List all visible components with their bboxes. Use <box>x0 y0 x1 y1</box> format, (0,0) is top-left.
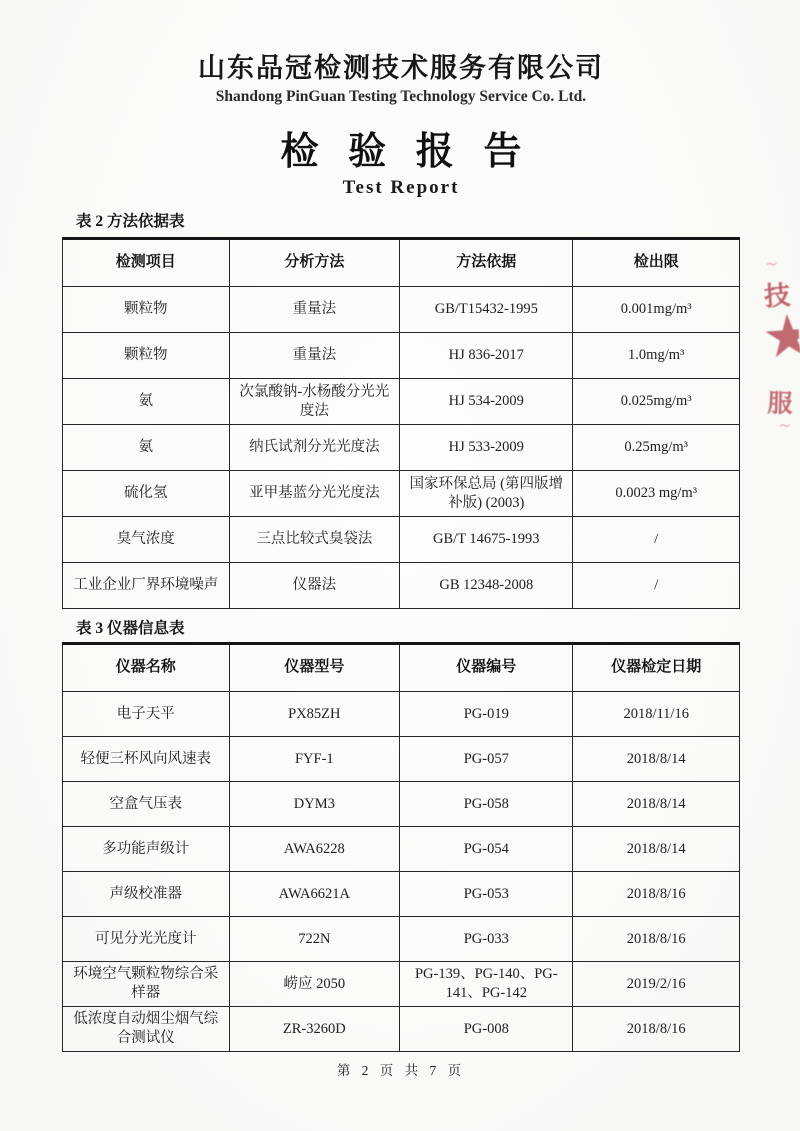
company-name-en: Shandong PinGuan Testing Technology Serv… <box>62 88 740 106</box>
table-cell: 低浓度自动烟尘烟气综合测试仪 <box>63 1007 230 1052</box>
table-cell: 重量法 <box>229 287 400 333</box>
table-cell: 轻便三杯风向风速表 <box>63 737 230 782</box>
table-cell: 次氯酸钠-水杨酸分光光度法 <box>229 379 400 425</box>
table3-label: 表 3 仪器信息表 <box>76 616 740 638</box>
table-cell: AWA6621A <box>229 872 400 917</box>
table-cell: GB/T15432-1995 <box>400 287 573 333</box>
table-cell: / <box>573 517 740 563</box>
table-row: 氨纳氏试剂分光光度法HJ 533-20090.25mg/m³ <box>63 425 740 471</box>
table-row: 氨次氯酸钠-水杨酸分光光度法HJ 534-20090.025mg/m³ <box>63 379 740 425</box>
table-cell: HJ 534-2009 <box>400 379 573 425</box>
table-cell: ZR-3260D <box>229 1007 400 1052</box>
table-cell: 硫化氢 <box>63 471 230 517</box>
column-header: 仪器名称 <box>63 644 230 692</box>
column-header: 分析方法 <box>229 239 400 287</box>
table-cell: 三点比较式臭袋法 <box>229 517 400 563</box>
table-row: 声级校准器AWA6621APG-0532018/8/16 <box>63 872 740 917</box>
table-cell: GB/T 14675-1993 <box>400 517 573 563</box>
table-cell: 颗粒物 <box>63 333 230 379</box>
table-cell: 722N <box>229 917 400 962</box>
table-cell: HJ 836-2017 <box>400 333 573 379</box>
table-cell: DYM3 <box>229 782 400 827</box>
table-cell: 1.0mg/m³ <box>573 333 740 379</box>
column-header: 仪器检定日期 <box>573 644 740 692</box>
table-cell: 环境空气颗粒物综合采样器 <box>63 962 230 1007</box>
table-cell: 亚甲基蓝分光光度法 <box>229 471 400 517</box>
table-cell: 空盒气压表 <box>63 782 230 827</box>
column-header: 检出限 <box>573 239 740 287</box>
table-cell: 2018/8/14 <box>573 782 740 827</box>
table-cell: PG-053 <box>400 872 573 917</box>
table-cell: PX85ZH <box>229 692 400 737</box>
table-cell: / <box>573 563 740 609</box>
table-cell: PG-054 <box>400 827 573 872</box>
table-row: 多功能声级计AWA6228PG-0542018/8/14 <box>63 827 740 872</box>
table-cell: PG-033 <box>400 917 573 962</box>
table-cell: 纳氏试剂分光光度法 <box>229 425 400 471</box>
table-cell: PG-057 <box>400 737 573 782</box>
table-cell: 国家环保总局 (第四版增补版) (2003) <box>400 471 573 517</box>
report-page: 山东品冠检测技术服务有限公司 Shandong PinGuan Testing … <box>0 0 800 1131</box>
table-header-row: 检测项目分析方法方法依据检出限 <box>63 239 740 287</box>
table-cell: 氨 <box>63 425 230 471</box>
table-row: 环境空气颗粒物综合采样器崂应 2050PG-139、PG-140、PG-141、… <box>63 962 740 1007</box>
table-cell: PG-019 <box>400 692 573 737</box>
table-row: 可见分光光度计722NPG-0332018/8/16 <box>63 917 740 962</box>
table-cell: AWA6228 <box>229 827 400 872</box>
red-seal-stamp: 〜 技 ★ 服 〜 <box>743 254 800 447</box>
table-cell: FYF-1 <box>229 737 400 782</box>
table-cell: 颗粒物 <box>63 287 230 333</box>
table-row: 臭气浓度三点比较式臭袋法GB/T 14675-1993/ <box>63 517 740 563</box>
table-row: 空盒气压表DYM3PG-0582018/8/14 <box>63 782 740 827</box>
table-row: 轻便三杯风向风速表FYF-1PG-0572018/8/14 <box>63 737 740 782</box>
table-cell: PG-139、PG-140、PG-141、PG-142 <box>400 962 573 1007</box>
table-cell: 仪器法 <box>229 563 400 609</box>
table-row: 颗粒物重量法GB/T15432-19950.001mg/m³ <box>63 287 740 333</box>
column-header: 检测项目 <box>63 239 230 287</box>
table-cell: 2018/8/14 <box>573 737 740 782</box>
page-content: 山东品冠检测技术服务有限公司 Shandong PinGuan Testing … <box>62 0 740 1079</box>
table-row: 工业企业厂界环境噪声仪器法GB 12348-2008/ <box>63 563 740 609</box>
table-cell: 0.025mg/m³ <box>573 379 740 425</box>
column-header: 仪器型号 <box>229 644 400 692</box>
table-cell: PG-058 <box>400 782 573 827</box>
table-row: 电子天平PX85ZHPG-0192018/11/16 <box>63 692 740 737</box>
table-cell: 2018/8/16 <box>573 917 740 962</box>
table-cell: 电子天平 <box>63 692 230 737</box>
table-header-row: 仪器名称仪器型号仪器编号仪器检定日期 <box>63 644 740 692</box>
method-basis-table: 检测项目分析方法方法依据检出限 颗粒物重量法GB/T15432-19950.00… <box>62 237 740 609</box>
table-cell: HJ 533-2009 <box>400 425 573 471</box>
table-cell: 可见分光光度计 <box>63 917 230 962</box>
table-cell: 0.25mg/m³ <box>573 425 740 471</box>
table-cell: GB 12348-2008 <box>400 563 573 609</box>
table-cell: PG-008 <box>400 1007 573 1052</box>
table-row: 颗粒物重量法HJ 836-20171.0mg/m³ <box>63 333 740 379</box>
page-number: 第 2 页 共 7 页 <box>62 1059 740 1079</box>
column-header: 仪器编号 <box>400 644 573 692</box>
company-name-cn: 山东品冠检测技术服务有限公司 <box>62 46 740 85</box>
table-cell: 工业企业厂界环境噪声 <box>63 563 230 609</box>
seal-char-bottom: 服 <box>767 383 793 420</box>
table2-label: 表 2 方法依据表 <box>76 209 740 231</box>
table-cell: 2018/8/16 <box>573 872 740 917</box>
report-title-cn: 检验报告 <box>62 120 740 175</box>
table-cell: 氨 <box>63 379 230 425</box>
table-cell: 崂应 2050 <box>229 962 400 1007</box>
seal-star-icon: ★ <box>763 305 800 368</box>
seal-char-top: 技 <box>763 275 792 314</box>
table-cell: 2018/8/14 <box>573 827 740 872</box>
instrument-info-table: 仪器名称仪器型号仪器编号仪器检定日期 电子天平PX85ZHPG-0192018/… <box>62 642 740 1052</box>
table-cell: 多功能声级计 <box>63 827 230 872</box>
table-row: 硫化氢亚甲基蓝分光光度法国家环保总局 (第四版增补版) (2003)0.0023… <box>63 471 740 517</box>
table-cell: 0.001mg/m³ <box>573 287 740 333</box>
table-cell: 0.0023 mg/m³ <box>573 471 740 517</box>
table-cell: 声级校准器 <box>63 872 230 917</box>
table-cell: 臭气浓度 <box>63 517 230 563</box>
table-cell: 2018/8/16 <box>573 1007 740 1052</box>
table-cell: 2019/2/16 <box>573 962 740 1007</box>
table-cell: 重量法 <box>229 333 400 379</box>
table-cell: 2018/11/16 <box>573 692 740 737</box>
seal-mark-top: 〜 <box>765 256 776 273</box>
seal-mark-bottom: 〜 <box>779 417 791 434</box>
column-header: 方法依据 <box>400 239 573 287</box>
report-title-en: Test Report <box>62 177 740 199</box>
table-row: 低浓度自动烟尘烟气综合测试仪ZR-3260DPG-0082018/8/16 <box>63 1007 740 1052</box>
